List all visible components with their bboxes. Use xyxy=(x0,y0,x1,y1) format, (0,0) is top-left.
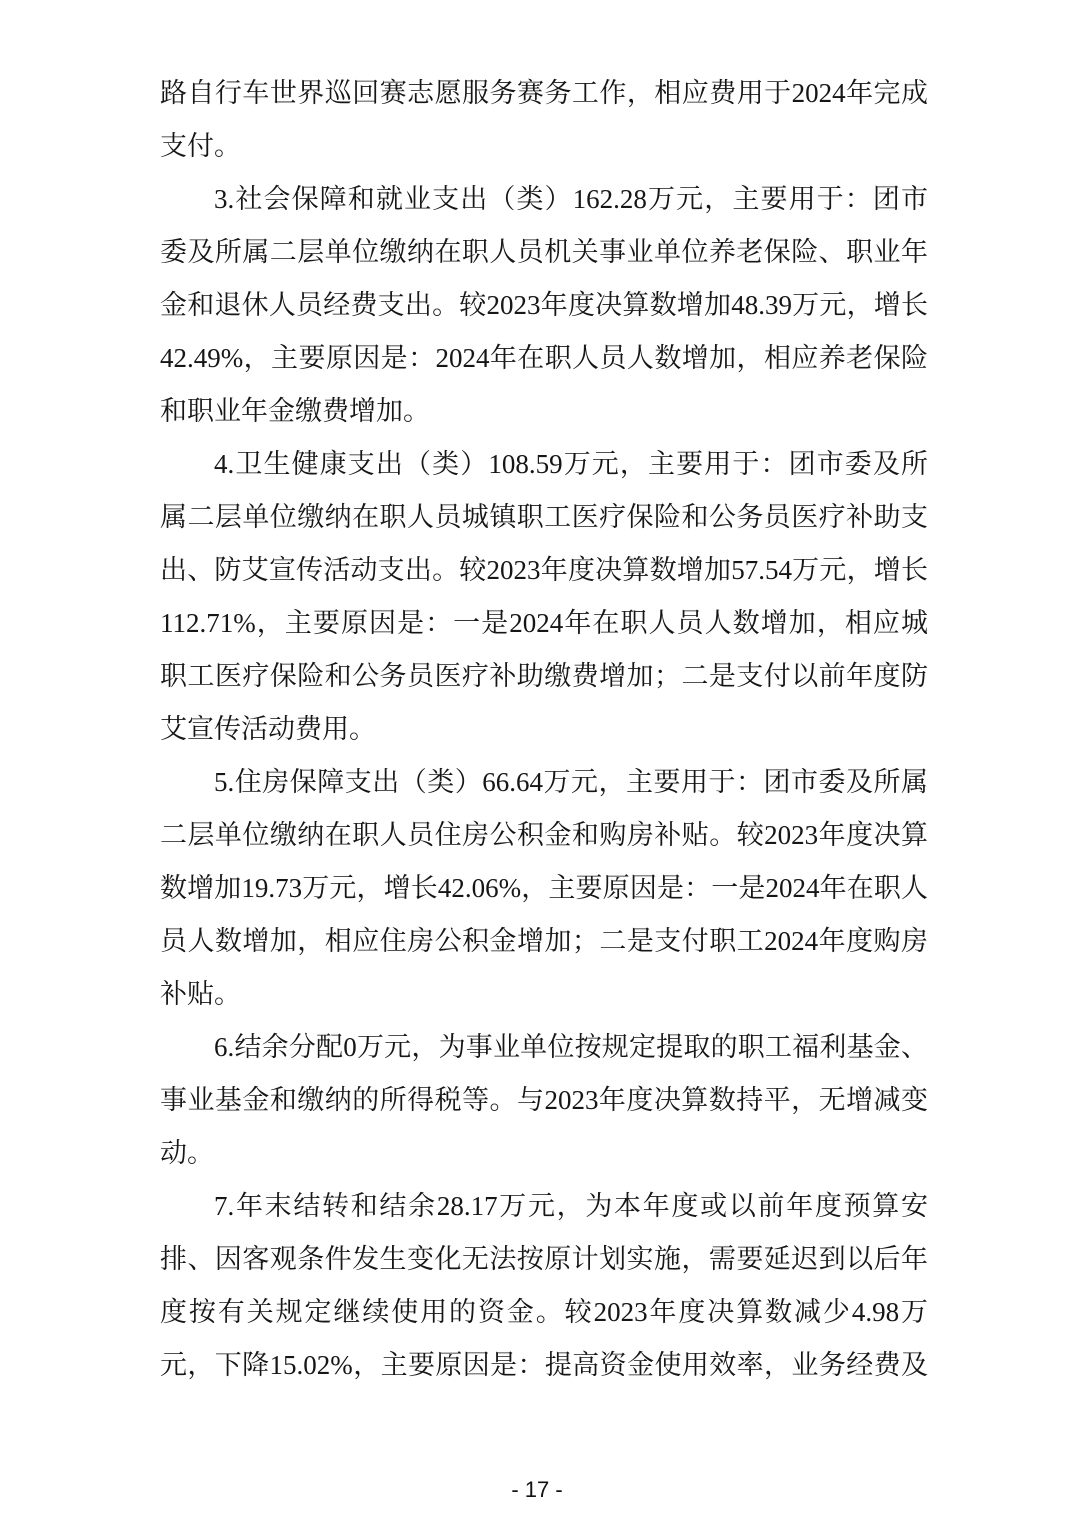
text-line: 度按有关规定继续使用的资金。较2023年度决算数减少4.98万 xyxy=(160,1286,928,1339)
text-line: 员人数增加，相应住房公积金增加；二是支付职工2024年度购房 xyxy=(160,915,928,968)
text-line: 7.年末结转和结余28.17万元，为本年度或以前年度预算安 xyxy=(160,1180,928,1233)
text-line: 112.71%，主要原因是：一是2024年在职人员人数增加，相应城镇 xyxy=(160,597,928,650)
text-line: 委及所属二层单位缴纳在职人员机关事业单位养老保险、职业年 xyxy=(160,226,928,279)
text-line: 金和退休人员经费支出。较2023年度决算数增加48.39万元，增长 xyxy=(160,279,928,332)
text-line: 4.卫生健康支出（类）108.59万元，主要用于：团市委及所 xyxy=(160,438,928,491)
paragraph-item-5: 5.住房保障支出（类）66.64万元，主要用于：团市委及所属 二层单位缴纳在职人… xyxy=(160,756,928,1021)
paragraph-item-4: 4.卫生健康支出（类）108.59万元，主要用于：团市委及所 属二层单位缴纳在职… xyxy=(160,438,928,756)
text-line: 支付。 xyxy=(160,120,928,173)
document-page: 路自行车世界巡回赛志愿服务赛务工作，相应费用于2024年完成 支付。 3.社会保… xyxy=(0,0,1074,1520)
paragraph-continuation: 路自行车世界巡回赛志愿服务赛务工作，相应费用于2024年完成 支付。 xyxy=(160,67,928,173)
text-line: 数增加19.73万元，增长42.06%，主要原因是：一是2024年在职人 xyxy=(160,862,928,915)
text-line: 元，下降15.02%，主要原因是：提高资金使用效率，业务经费及 xyxy=(160,1339,928,1392)
text-line: 职工医疗保险和公务员医疗补助缴费增加；二是支付以前年度防 xyxy=(160,650,928,703)
text-line: 补贴。 xyxy=(160,968,928,1021)
text-line: 和职业年金缴费增加。 xyxy=(160,385,928,438)
document-body: 路自行车世界巡回赛志愿服务赛务工作，相应费用于2024年完成 支付。 3.社会保… xyxy=(160,67,928,1392)
text-line: 二层单位缴纳在职人员住房公积金和购房补贴。较2023年度决算 xyxy=(160,809,928,862)
text-line: 事业基金和缴纳的所得税等。与2023年度决算数持平，无增减变 xyxy=(160,1074,928,1127)
paragraph-item-7: 7.年末结转和结余28.17万元，为本年度或以前年度预算安 排、因客观条件发生变… xyxy=(160,1180,928,1392)
text-line: 艾宣传活动费用。 xyxy=(160,703,928,756)
paragraph-item-6: 6.结余分配0万元，为事业单位按规定提取的职工福利基金、 事业基金和缴纳的所得税… xyxy=(160,1021,928,1180)
text-line: 排、因客观条件发生变化无法按原计划实施，需要延迟到以后年 xyxy=(160,1233,928,1286)
text-line: 5.住房保障支出（类）66.64万元，主要用于：团市委及所属 xyxy=(160,756,928,809)
text-line: 42.49%，主要原因是：2024年在职人员人数增加，相应养老保险 xyxy=(160,332,928,385)
text-line: 动。 xyxy=(160,1127,928,1180)
text-line: 3.社会保障和就业支出（类）162.28万元，主要用于：团市 xyxy=(160,173,928,226)
page-number: - 17 - xyxy=(0,1477,1074,1503)
text-line: 出、防艾宣传活动支出。较2023年度决算数增加57.54万元，增长 xyxy=(160,544,928,597)
text-line: 6.结余分配0万元，为事业单位按规定提取的职工福利基金、 xyxy=(160,1021,928,1074)
paragraph-item-3: 3.社会保障和就业支出（类）162.28万元，主要用于：团市 委及所属二层单位缴… xyxy=(160,173,928,438)
text-line: 路自行车世界巡回赛志愿服务赛务工作，相应费用于2024年完成 xyxy=(160,67,928,120)
text-line: 属二层单位缴纳在职人员城镇职工医疗保险和公务员医疗补助支 xyxy=(160,491,928,544)
